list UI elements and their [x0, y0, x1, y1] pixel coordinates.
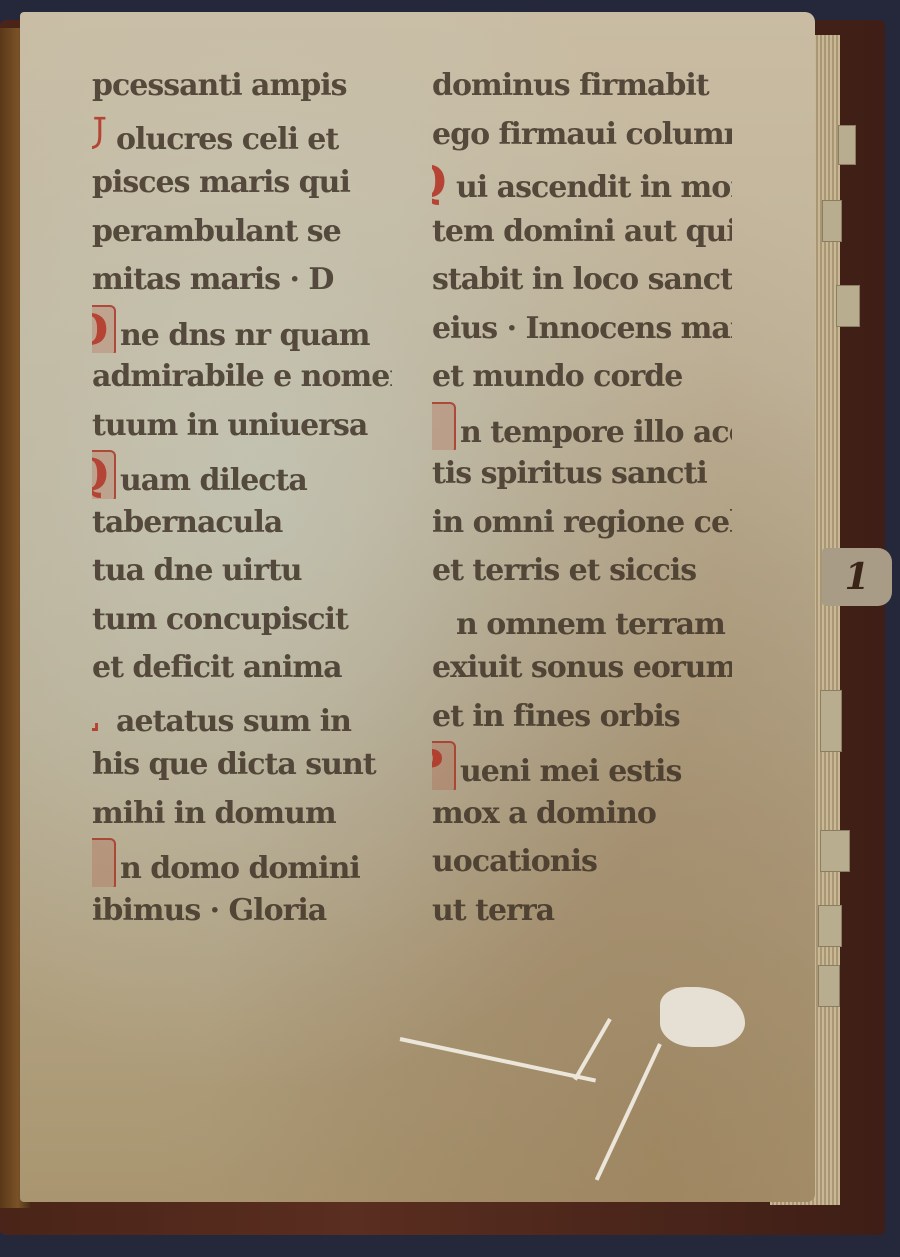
text-line: uocationis [432, 838, 732, 887]
text-line: mihi in domum [92, 790, 392, 839]
text-line: mitas maris · D [92, 256, 392, 305]
tab-number: 1 [844, 556, 869, 598]
index-tab [820, 830, 850, 872]
text-line: pcessanti ampis [92, 62, 392, 111]
red-initial: L [92, 693, 112, 742]
crack [595, 1043, 662, 1181]
page-tear [660, 987, 745, 1047]
text-line: tua dne uirtu [92, 547, 392, 596]
index-tab [822, 200, 842, 242]
text-line: Dne dns nr quam [92, 305, 392, 354]
text-line: Qui ascendit in mon [432, 159, 732, 208]
numbered-tab: 1 [822, 548, 892, 606]
text-line: Pueni mei estis [432, 741, 732, 790]
index-tab [838, 125, 856, 165]
text-line: et mundo corde [432, 353, 732, 402]
text-line: tem domini aut quis [432, 208, 732, 257]
illuminated-initial: I [432, 402, 456, 451]
text-line: perambulant se [92, 208, 392, 257]
text-line: ut terra [432, 887, 732, 936]
red-initial: Q [432, 159, 452, 208]
index-tab [820, 690, 842, 752]
text-line: pisces maris qui [92, 159, 392, 208]
crack [573, 1018, 611, 1081]
text-line: In domo domini [92, 838, 392, 887]
text-line: et terris et siccis [432, 547, 732, 596]
text-line: et in fines orbis [432, 693, 732, 742]
text-line: tum concupiscit [92, 596, 392, 645]
illuminated-initial: Q [92, 450, 116, 499]
text-line: In omnem terram [432, 596, 732, 645]
text-line: in omni regione celesti [432, 499, 732, 548]
text-line: ibimus · Gloria [92, 887, 392, 936]
index-tab [818, 905, 842, 947]
illuminated-initial: I [92, 838, 116, 887]
text-line: et deficit anima [92, 644, 392, 693]
text-line: dominus firmabit [432, 62, 732, 111]
text-line: his que dicta sunt [92, 741, 392, 790]
illuminated-initial: D [92, 305, 116, 354]
text-line: mox a domino [432, 790, 732, 839]
right-text-column: dominus firmabit ego firmaui columnas Qu… [432, 62, 732, 935]
text-line: Quam dilecta [92, 450, 392, 499]
red-initial: I [432, 596, 452, 645]
illuminated-initial: P [432, 741, 456, 790]
text-line: Laetatus sum in [92, 693, 392, 742]
text-line: exiuit sonus eorum [432, 644, 732, 693]
text-line: tabernacula [92, 499, 392, 548]
text-line: tis spiritus sancti [432, 450, 732, 499]
index-tab [818, 965, 840, 1007]
index-tab [836, 285, 860, 327]
text-line: tuum in uniuersa [92, 402, 392, 451]
text-line: admirabile e nomen [92, 353, 392, 402]
text-line: eius · Innocens manibus [432, 305, 732, 354]
crack [400, 1037, 596, 1082]
left-text-column: pcessanti ampis Uolucres celi et pisces … [92, 62, 392, 935]
text-line: Uolucres celi et [92, 111, 392, 160]
text-line: In tempore illo accep [432, 402, 732, 451]
red-initial: U [92, 111, 112, 160]
text-line: ego firmaui columnas [432, 111, 732, 160]
text-line: stabit in loco sancto [432, 256, 732, 305]
